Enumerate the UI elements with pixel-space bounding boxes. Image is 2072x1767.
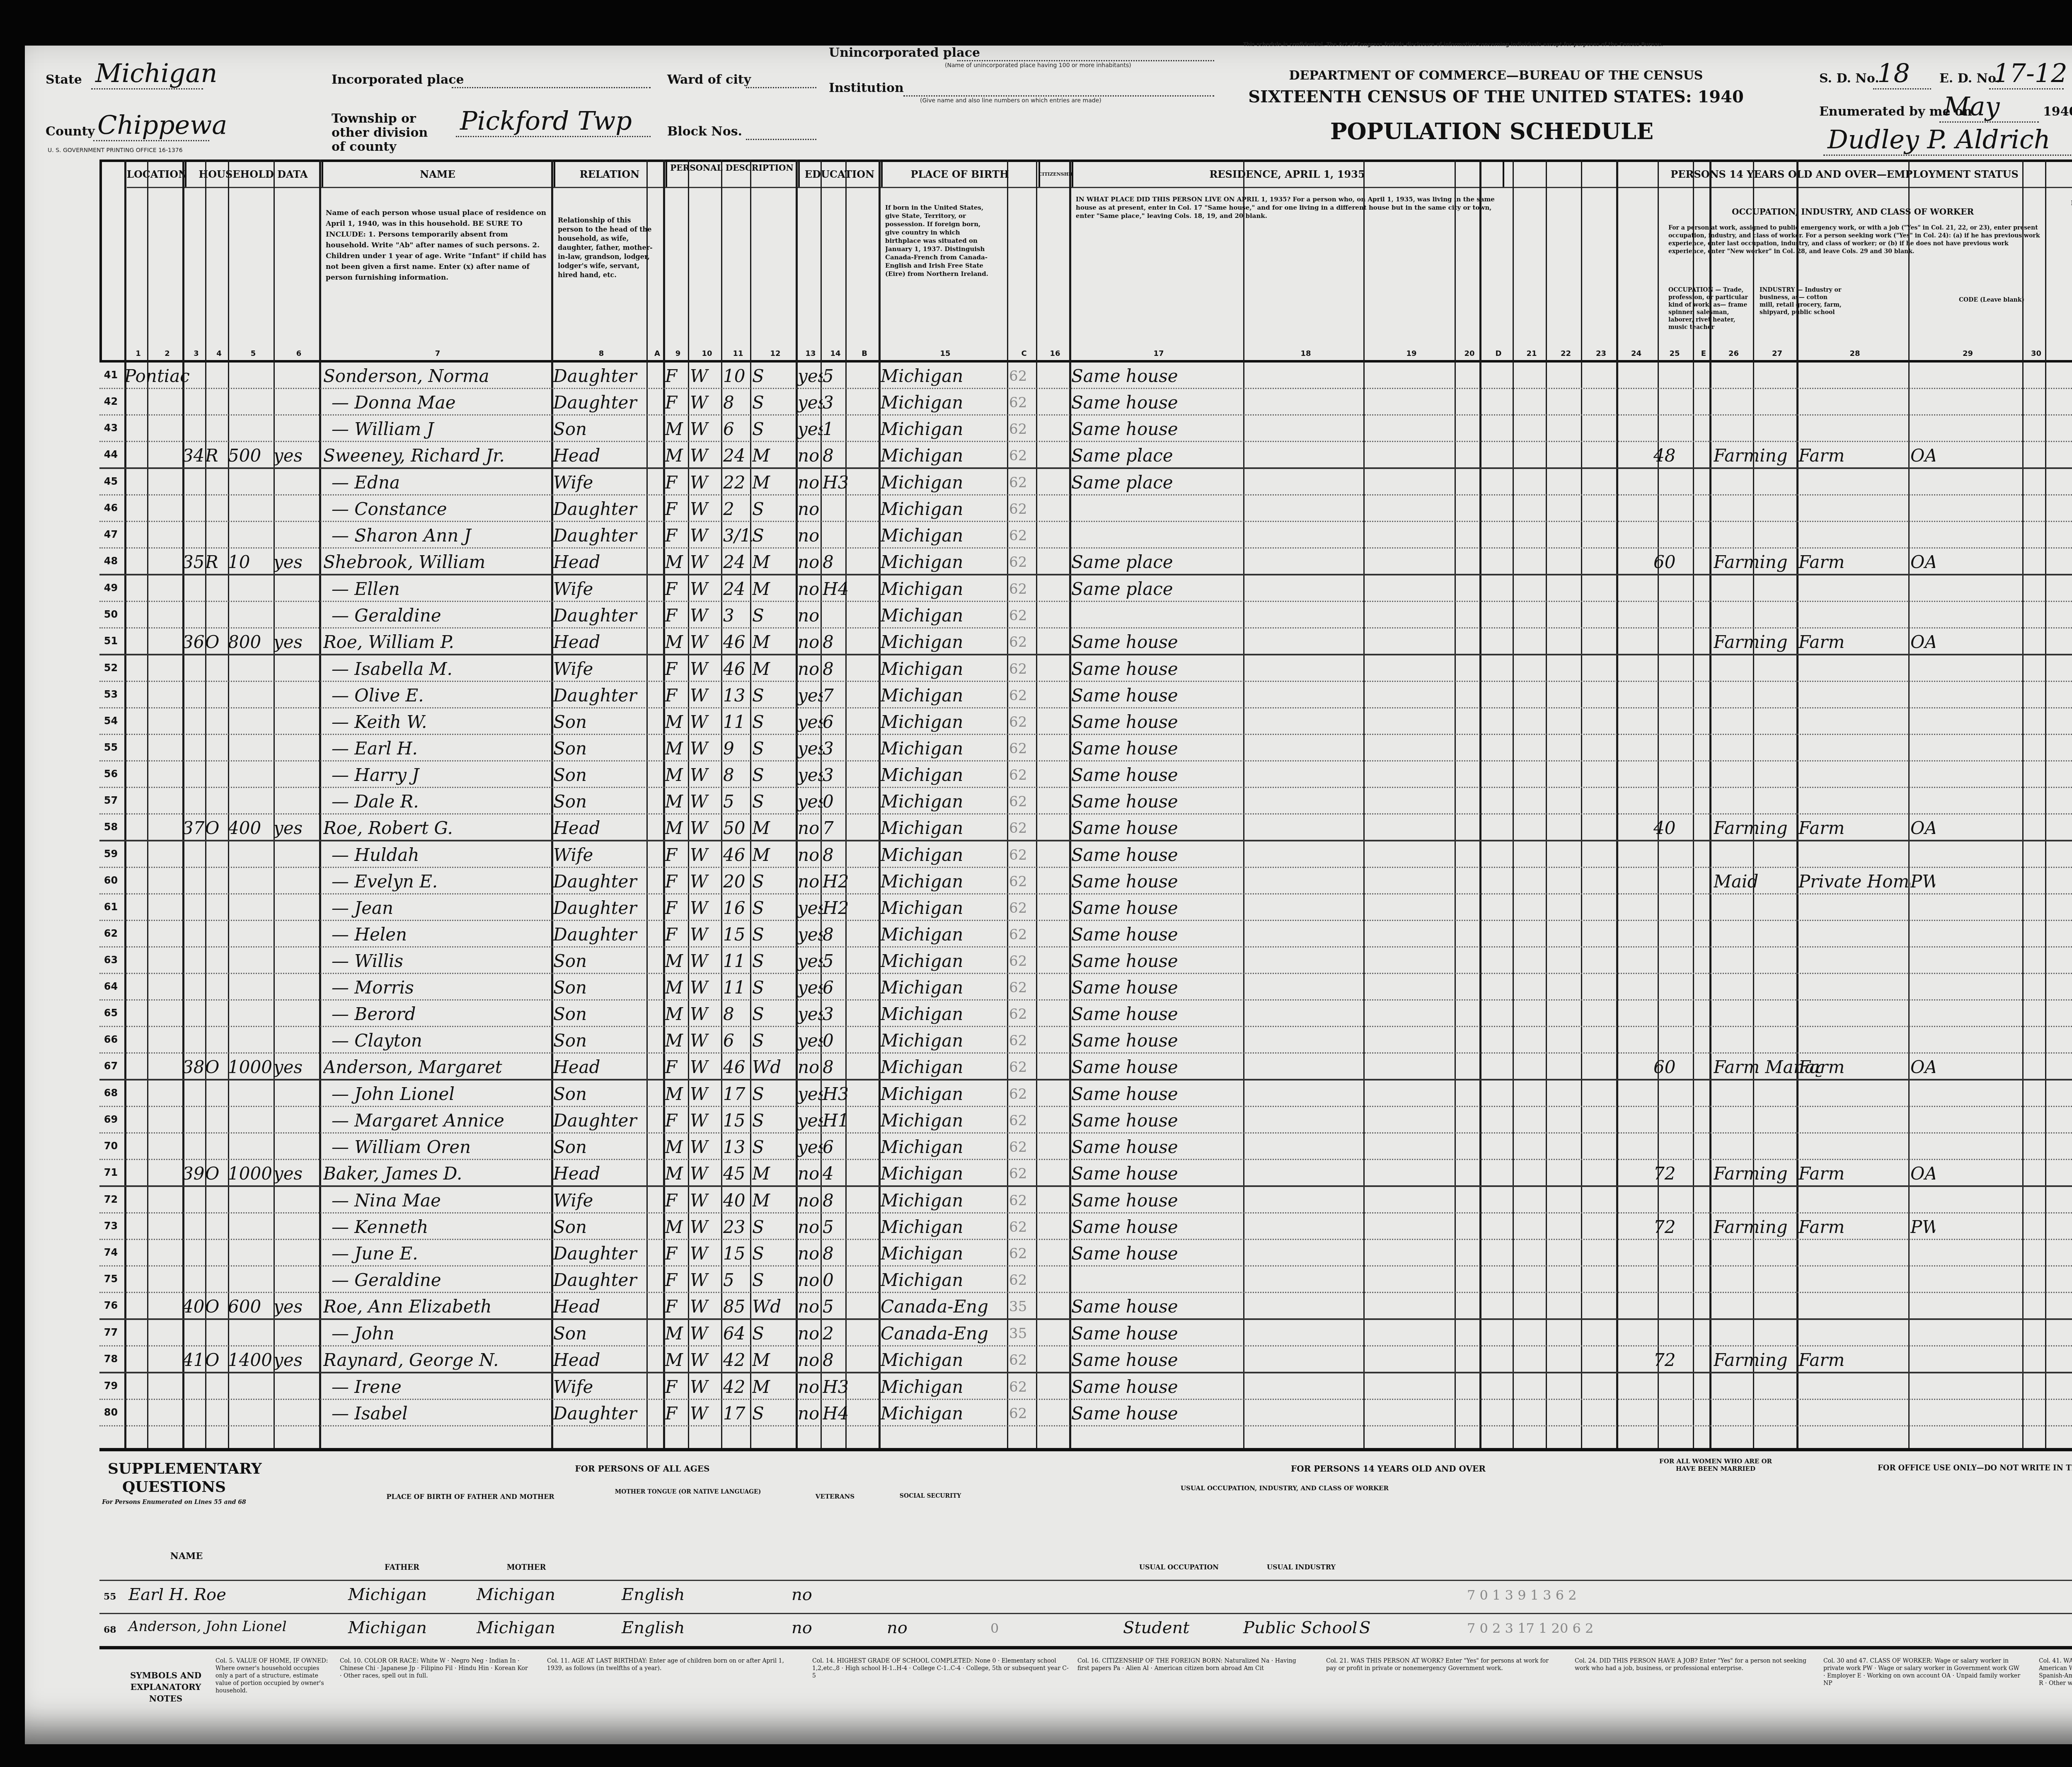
cell-sex: M [665,1213,688,1239]
cell-sex: M [665,735,688,760]
note-col21: Col. 21. WAS THIS PERSON AT WORK? Enter … [1326,1657,1558,1672]
cell-relation: Head [553,442,649,467]
cell-sex: F [665,921,688,946]
cell-code: 62 [1009,682,1036,707]
cell-sex: F [665,1267,688,1292]
supp-father-birthplace: Michigan [348,1618,427,1637]
cell-farm [274,1187,319,1212]
cell-marital: S [752,708,794,734]
cell-ind [1798,1400,1910,1425]
cell-sex: F [665,682,688,707]
cell-relation: Wife [553,1373,649,1399]
table-row: — MorrisSonMW11Syes6Michigan62Same house… [99,974,2072,1001]
block-value [746,122,816,140]
cell-residence: Same house [1071,1213,1245,1239]
cell-value [228,682,274,707]
cell-age: 9 [723,735,752,760]
cell-birthplace: Michigan [881,1107,1005,1132]
line-number: 69 [99,1107,122,1132]
supp-veteran: no [792,1585,812,1604]
cell-age: 10 [723,363,752,388]
cell-sex: F [665,1187,688,1212]
line-number: 55 [99,735,122,760]
cell-birthplace: Michigan [881,974,1005,999]
cell-cls [1910,1346,1935,1372]
cell-school: yes [798,761,823,787]
cell-race: W [690,522,721,547]
cell-school: no [798,442,823,467]
cell-tenure [205,1267,228,1292]
cell-marital: M [752,1346,794,1372]
col-num: 29 [1911,344,2025,363]
cell-hours [1653,628,1695,654]
cell-name: — William J [323,416,564,441]
line-number: 66 [99,1027,122,1052]
cell-name: Roe, William P. [323,628,555,654]
cell-residence: Same place [1071,442,1245,467]
cell-relation: Daughter [553,1107,649,1132]
cell-house [182,974,205,999]
cell-grade [823,602,847,627]
cell-house [182,1134,205,1159]
cell-race: W [690,1001,721,1026]
cell-value [228,416,274,441]
cell-hours [1653,1081,1695,1106]
supp-line-number: 55 [104,1591,116,1602]
cell-residence: Same house [1071,1134,1245,1159]
occupation-group-instructions: For a person at work, assigned to public… [1668,224,2041,282]
cell-cls [1910,921,1935,946]
cell-race: W [690,1240,721,1265]
cell-sex: M [665,708,688,734]
cell-farm [274,788,319,813]
cell-farm [274,868,319,893]
cell-house [182,1001,205,1026]
line-number: 64 [99,974,122,999]
cell-cls [1910,1187,1935,1212]
cell-value [228,1081,274,1106]
cell-code: 62 [1009,575,1036,601]
cell-birthplace: Michigan [881,761,1005,787]
cell-code: 62 [1009,1081,1036,1106]
note-col30: Col. 30 and 47. CLASS OF WORKER: Wage or… [1823,1657,2022,1687]
cell-sex: F [665,602,688,627]
cell-name: — Clayton [323,1027,564,1052]
supp-group-office: FOR OFFICE USE ONLY—DO NOT WRITE IN THES… [1782,1464,2072,1472]
cell-school: no [798,602,823,627]
group-birthplace: PLACE OF BIRTH [881,162,1040,188]
cell-value [228,974,274,999]
cell-value [228,389,274,414]
supp-ss-number: no [887,1618,908,1637]
col-num: 1 [127,344,150,363]
cell-marital: S [752,948,794,973]
cell-birthplace: Michigan [881,1213,1005,1239]
cell-marital: S [752,1107,794,1132]
cell-farm [274,602,319,627]
supp-usual-class: S [1359,1618,1370,1637]
cell-street [124,1187,191,1212]
name-instructions: Name of each person whose usual place of… [326,208,549,332]
cell-age: 40 [723,1187,752,1212]
cell-school: yes [798,389,823,414]
cell-school: yes [798,363,823,388]
cell-sex: F [665,1293,688,1318]
cell-grade: 6 [823,1134,847,1159]
cell-residence: Same house [1071,761,1245,787]
cell-value [228,1320,274,1345]
cell-farm [274,1240,319,1265]
cell-street: Pontiac [124,363,191,388]
cell-relation: Daughter [553,496,649,521]
cell-cls: OA [1910,549,1935,574]
col-num: 25 [1654,344,1695,363]
cell-house [182,894,205,920]
line-number: 45 [99,469,122,494]
cell-tenure [205,841,228,867]
cell-name: — Helen [323,921,564,946]
cell-age: 46 [723,628,752,654]
cell-farm [274,1001,319,1026]
cell-name: — Isabella M. [323,655,564,681]
cell-code: 62 [1009,549,1036,574]
line-number: 63 [99,948,122,973]
cell-code: 62 [1009,1267,1036,1292]
cell-name: Anderson, Margaret [323,1054,555,1079]
institution-note: (Give name and also line numbers on whic… [920,97,1101,104]
cell-grade: 8 [823,1054,847,1079]
cell-code: 62 [1009,655,1036,681]
cell-ind [1798,416,1910,441]
cell-grade: 3 [823,735,847,760]
cell-ind [1798,1373,1910,1399]
cell-cls: OA [1910,442,1935,467]
cell-school: yes [798,1001,823,1026]
incorporated-place-value [452,70,651,88]
supp-group-14-over: FOR PERSONS 14 YEARS OLD AND OVER [1119,1464,1658,1474]
cell-birthplace: Michigan [881,655,1005,681]
cell-farm [274,1267,319,1292]
cell-name: — June E. [323,1240,564,1265]
cell-code: 35 [1009,1293,1036,1318]
cell-race: W [690,1213,721,1239]
cell-tenure [205,1213,228,1239]
cell-school: yes [798,921,823,946]
cell-house [182,1027,205,1052]
cell-hours: 40 [1653,815,1695,840]
supp-col-usual-occ: USUAL OCCUPATION [1119,1563,1239,1571]
cell-ind: Farm [1798,815,1910,840]
note-col14: Col. 14. HIGHEST GRADE OF SCHOOL COMPLET… [812,1657,1069,1680]
cell-value: 800 [228,628,274,654]
unincorporated-place-value [957,44,1214,61]
cell-name: Shebrook, William [323,549,555,574]
cell-relation: Wife [553,469,649,494]
cell-cls [1910,735,1935,760]
cell-school: no [798,868,823,893]
cell-code: 62 [1009,1346,1036,1372]
cell-marital: M [752,655,794,681]
cell-house: 37 [182,815,205,840]
ed-value: 17-12 [1989,58,2064,89]
note-col41: Col. 41. WAR OR MILITARY SERVICE: World … [2039,1657,2072,1687]
township-value: Pickford Twp [456,106,651,137]
cell-birthplace: Michigan [881,815,1005,840]
cell-sex: M [665,974,688,999]
cell-code: 62 [1009,442,1036,467]
cell-marital: S [752,1027,794,1052]
cell-residence [1071,496,1245,521]
cell-value [228,575,274,601]
cell-marital: S [752,1240,794,1265]
cell-ind [1798,894,1910,920]
cell-value: 400 [228,815,274,840]
cell-age: 8 [723,1001,752,1026]
supp-mother-tongue: English [622,1618,685,1637]
cell-age: 22 [723,469,752,494]
group-occupation: OCCUPATION, INDUSTRY, AND CLASS OF WORKE… [1664,199,2041,224]
cell-school: no [798,1373,823,1399]
cell-residence: Same house [1071,974,1245,999]
cell-age: 8 [723,761,752,787]
cell-birthplace: Michigan [881,628,1005,654]
cell-code: 62 [1009,1134,1036,1159]
cell-hours [1653,1107,1695,1132]
cell-farm [274,1081,319,1106]
cell-tenure [205,682,228,707]
cell-tenure [205,389,228,414]
cell-street [124,894,191,920]
cell-ind [1798,974,1910,999]
supp-usual-industry: Public School [1243,1618,1358,1637]
cell-residence: Same house [1071,868,1245,893]
cell-value [228,921,274,946]
cell-street [124,974,191,999]
cell-name: — Olive E. [323,682,564,707]
cell-residence: Same house [1071,363,1245,388]
supp-col-usual-ind: USUAL INDUSTRY [1239,1563,1363,1571]
col-num: 7 [322,344,554,363]
cell-hours [1653,1267,1695,1292]
cell-tenure [205,655,228,681]
cell-cls [1910,496,1935,521]
cell-sex: F [665,1054,688,1079]
table-row: — William OrenSonMW13Syes6Michigan62Same… [99,1134,2072,1160]
col-num: D [1482,344,1515,363]
cell-cls [1910,522,1935,547]
cell-tenure [205,416,228,441]
cell-street [124,1373,191,1399]
cell-code: 62 [1009,628,1036,654]
cell-hours: 60 [1653,1054,1695,1079]
cell-street [124,788,191,813]
cell-code: 62 [1009,1107,1036,1132]
cell-age: 42 [723,1346,752,1372]
cell-cls [1910,761,1935,787]
cell-ind: Farm [1798,549,1910,574]
cell-sex: F [665,1240,688,1265]
cell-house: 38 [182,1054,205,1079]
cell-farm [274,655,319,681]
cell-school: yes [798,682,823,707]
line-number: 53 [99,682,122,707]
group-personal: PERSONAL DESCRIPTION [666,162,800,188]
cell-farm: yes [274,628,319,654]
cell-birthplace: Michigan [881,496,1005,521]
cell-relation: Wife [553,841,649,867]
cell-cls [1910,363,1935,388]
cell-marital: M [752,815,794,840]
cell-street [124,1240,191,1265]
cell-ind [1798,921,1910,946]
cell-relation: Daughter [553,363,649,388]
cell-street [124,416,191,441]
cell-house: 39 [182,1160,205,1185]
cell-name: — Geraldine [323,1267,564,1292]
cell-house [182,655,205,681]
cell-farm: yes [274,1160,319,1185]
cell-value [228,841,274,867]
cell-race: W [690,921,721,946]
cell-grade: 8 [823,1240,847,1265]
cell-name: — Willis [323,948,564,973]
cell-race: W [690,1134,721,1159]
cell-street [124,602,191,627]
line-number: 41 [99,363,122,388]
cell-residence: Same house [1071,1373,1245,1399]
cell-hours [1653,735,1695,760]
cell-school: yes [798,708,823,734]
cell-residence: Same house [1071,1160,1245,1185]
enumerated-month: May [1939,91,2039,123]
cell-residence: Same place [1071,575,1245,601]
cell-street [124,469,191,494]
cell-code: 62 [1009,602,1036,627]
cell-cls: OA [1910,628,1935,654]
cell-cls [1910,788,1935,813]
cell-age: 11 [723,708,752,734]
county-value: Chippewa [93,110,209,141]
cell-marital: S [752,894,794,920]
cell-relation: Head [553,1293,649,1318]
cell-sex: F [665,522,688,547]
cell-hours [1653,1187,1695,1212]
cell-street [124,628,191,654]
cell-value: 600 [228,1293,274,1318]
incorporated-place-label: Incorporated place [332,73,464,87]
cell-ind: Farm [1798,1213,1910,1239]
cell-birthplace: Canada-Eng [881,1293,1005,1318]
cell-value [228,1001,274,1026]
cell-birthplace: Michigan [881,1081,1005,1106]
cell-house [182,788,205,813]
cell-relation: Son [553,1213,649,1239]
cell-farm [274,1213,319,1239]
note-col10: Col. 10. COLOR OR RACE: White W · Negro … [340,1657,530,1680]
cell-street [124,1400,191,1425]
cell-age: 64 [723,1320,752,1345]
table-row: — HelenDaughterFW15Syes8Michigan62Same h… [99,921,2072,948]
table-row: PontiacSonderson, NormaDaughterFW10Syes5… [99,363,2072,389]
cell-ind [1798,655,1910,681]
supp-row-68: 68 Anderson, John Lionel Michigan Michig… [99,1613,2072,1647]
cell-residence: Same house [1071,894,1245,920]
cell-sex: F [665,1400,688,1425]
line-number: 42 [99,389,122,414]
cell-name: — Dale R. [323,788,564,813]
cell-grade: 6 [823,708,847,734]
cell-race: W [690,761,721,787]
cell-relation: Daughter [553,682,649,707]
cell-relation: Head [553,1346,649,1372]
cell-school: no [798,841,823,867]
line-number: 50 [99,602,122,627]
cell-name: — Constance [323,496,564,521]
cell-street [124,1320,191,1345]
cell-relation: Daughter [553,389,649,414]
cell-value [228,894,274,920]
cell-relation: Daughter [553,1400,649,1425]
cell-house [182,496,205,521]
cell-hours [1653,655,1695,681]
group-income: INCOME IN 1939 [2058,191,2072,216]
col-num: 2 [150,344,185,363]
line-number: 79 [99,1373,122,1399]
cell-ind [1798,1320,1910,1345]
cell-street [124,1027,191,1052]
state-label: State [46,73,82,87]
cell-code: 62 [1009,1373,1036,1399]
cell-race: W [690,628,721,654]
cell-house [182,1400,205,1425]
cell-school: no [798,1240,823,1265]
cell-marital: M [752,1160,794,1185]
cell-farm [274,841,319,867]
cell-sex: M [665,1001,688,1026]
cell-hours [1653,894,1695,920]
cell-marital: M [752,442,794,467]
cell-school: no [798,1054,823,1079]
cell-farm [274,416,319,441]
group-location: LOCATION [127,162,186,188]
supp-mother-tongue: English [622,1585,685,1604]
table-row: — EdnaWifeFW22MnoH3Michigan62Same place4… [99,469,2072,496]
unincorporated-note: (Name of unincorporated place having 100… [945,62,1131,69]
group-relation: RELATION [554,162,667,188]
cell-farm [274,1027,319,1052]
cell-house [182,682,205,707]
cell-cls [1910,948,1935,973]
cell-residence [1071,602,1245,627]
cell-tenure [205,1320,228,1345]
cell-value [228,1240,274,1265]
cell-marital: S [752,1267,794,1292]
cell-farm: yes [274,1054,319,1079]
cell-value [228,1134,274,1159]
cell-grade: 4 [823,1160,847,1185]
cell-value [228,761,274,787]
line-number: 48 [99,549,122,574]
cell-sex: M [665,416,688,441]
line-number: 62 [99,921,122,946]
cell-hours [1653,1001,1695,1026]
cell-farm [274,708,319,734]
cell-age: 24 [723,575,752,601]
cell-house [182,1320,205,1345]
cell-code: 62 [1009,1187,1036,1212]
cell-farm [274,575,319,601]
cell-sex: M [665,1134,688,1159]
